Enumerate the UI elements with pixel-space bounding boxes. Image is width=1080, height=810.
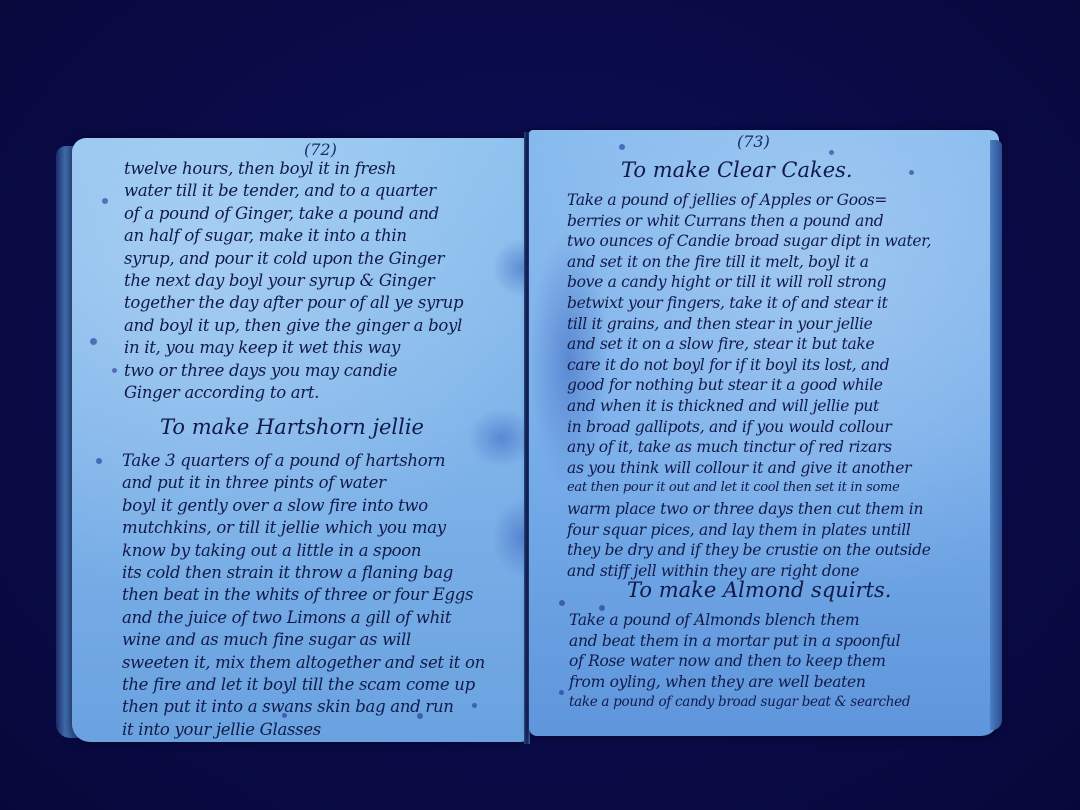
recipe-heading-hartshorn-jellie: To make Hartshorn jellie — [160, 415, 424, 439]
recipe-text-clear-cakes: Take a pound of jellies of Apples or Goo… — [567, 190, 931, 581]
text-line: Take a pound of jellies of Apples or Goo… — [567, 190, 931, 211]
right-page-stack-edge — [990, 140, 1002, 730]
text-line: they be dry and if they be crustie on th… — [567, 540, 931, 561]
recipe-text-almond-squirts: Take a pound of Almonds blench them and … — [569, 610, 910, 713]
text-line: four squar pices, and lay them in plates… — [567, 520, 931, 541]
text-line: and the juice of two Limons a gill of wh… — [122, 607, 485, 629]
text-line: of a pound of Ginger, take a pound and — [124, 203, 463, 225]
text-line: the next day boyl your syrup & Ginger — [124, 270, 463, 292]
text-line: betwixt your fingers, take it of and ste… — [567, 293, 931, 314]
page-number: (73) — [737, 132, 770, 151]
text-line: and boyl it up, then give the ginger a b… — [124, 315, 463, 337]
text-line: mutchkins, or till it jellie which you m… — [122, 517, 485, 539]
text-line: know by taking out a little in a spoon — [122, 540, 485, 562]
text-line: it into your jellie Glasses — [122, 719, 485, 741]
text-line: two or three days you may candie — [124, 360, 463, 382]
text-line: boyl it gently over a slow fire into two — [122, 495, 485, 517]
text-line: bove a candy hight or till it will roll … — [567, 272, 931, 293]
text-line: the fire and let it boyl till the scam c… — [122, 674, 485, 696]
text-line: then beat in the whits of three or four … — [122, 584, 485, 606]
text-line: wine and as much fine sugar as will — [122, 629, 485, 651]
recipe-text-hartshorn-jellie: Take 3 quarters of a pound of hartshorn … — [122, 450, 485, 741]
text-line: Take 3 quarters of a pound of hartshorn — [122, 450, 485, 472]
text-line: syrup, and pour it cold upon the Ginger — [124, 248, 463, 270]
text-line: take a pound of candy broad sugar beat &… — [569, 692, 910, 713]
text-line: and when it is thickned and will jellie … — [567, 396, 931, 417]
text-line: from oyling, when they are well beaten — [569, 672, 910, 693]
right-page: (73) To make Clear Cakes. Take a pound o… — [529, 130, 999, 736]
text-line: any of it, take as much tinctur of red r… — [567, 437, 931, 458]
page-number: (72) — [304, 140, 337, 159]
text-line: berries or whit Currans then a pound and — [567, 211, 931, 232]
text-line: and put it in three pints of water — [122, 472, 485, 494]
text-line: water till it be tender, and to a quarte… — [124, 180, 463, 202]
text-line: care it do not boyl for if it boyl its l… — [567, 355, 931, 376]
text-line: an half of sugar, make it into a thin — [124, 225, 463, 247]
text-line: together the day after pour of all ye sy… — [124, 292, 463, 314]
continued-recipe-text: twelve hours, then boyl it in fresh wate… — [124, 158, 463, 404]
text-line: warm place two or three days then cut th… — [567, 499, 931, 520]
text-line: two ounces of Candie broad sugar dipt in… — [567, 231, 931, 252]
text-line: twelve hours, then boyl it in fresh — [124, 158, 463, 180]
text-line: eat then pour it out and let it cool the… — [567, 478, 931, 499]
open-manuscript: (72) twelve hours, then boyl it in fresh… — [0, 0, 1080, 810]
text-line: in it, you may keep it wet this way — [124, 337, 463, 359]
recipe-heading-almond-squirts: To make Almond squirts. — [627, 578, 891, 602]
text-line: sweeten it, mix them altogether and set … — [122, 652, 485, 674]
text-line: and set it on a slow fire, stear it but … — [567, 334, 931, 355]
text-line: good for nothing but stear it a good whi… — [567, 375, 931, 396]
text-line: Ginger according to art. — [124, 382, 463, 404]
left-page: (72) twelve hours, then boyl it in fresh… — [72, 138, 527, 742]
text-line: then put it into a swans skin bag and ru… — [122, 696, 485, 718]
text-line: till it grains, and then stear in your j… — [567, 314, 931, 335]
text-line: in broad gallipots, and if you would col… — [567, 417, 931, 438]
text-line: and beat them in a mortar put in a spoon… — [569, 631, 910, 652]
recipe-heading-clear-cakes: To make Clear Cakes. — [621, 158, 853, 182]
text-line: and set it on the fire till it melt, boy… — [567, 252, 931, 273]
text-line: of Rose water now and then to keep them — [569, 651, 910, 672]
text-line: its cold then strain it throw a flaning … — [122, 562, 485, 584]
text-line: Take a pound of Almonds blench them — [569, 610, 910, 631]
text-line: as you think will collour it and give it… — [567, 458, 931, 479]
